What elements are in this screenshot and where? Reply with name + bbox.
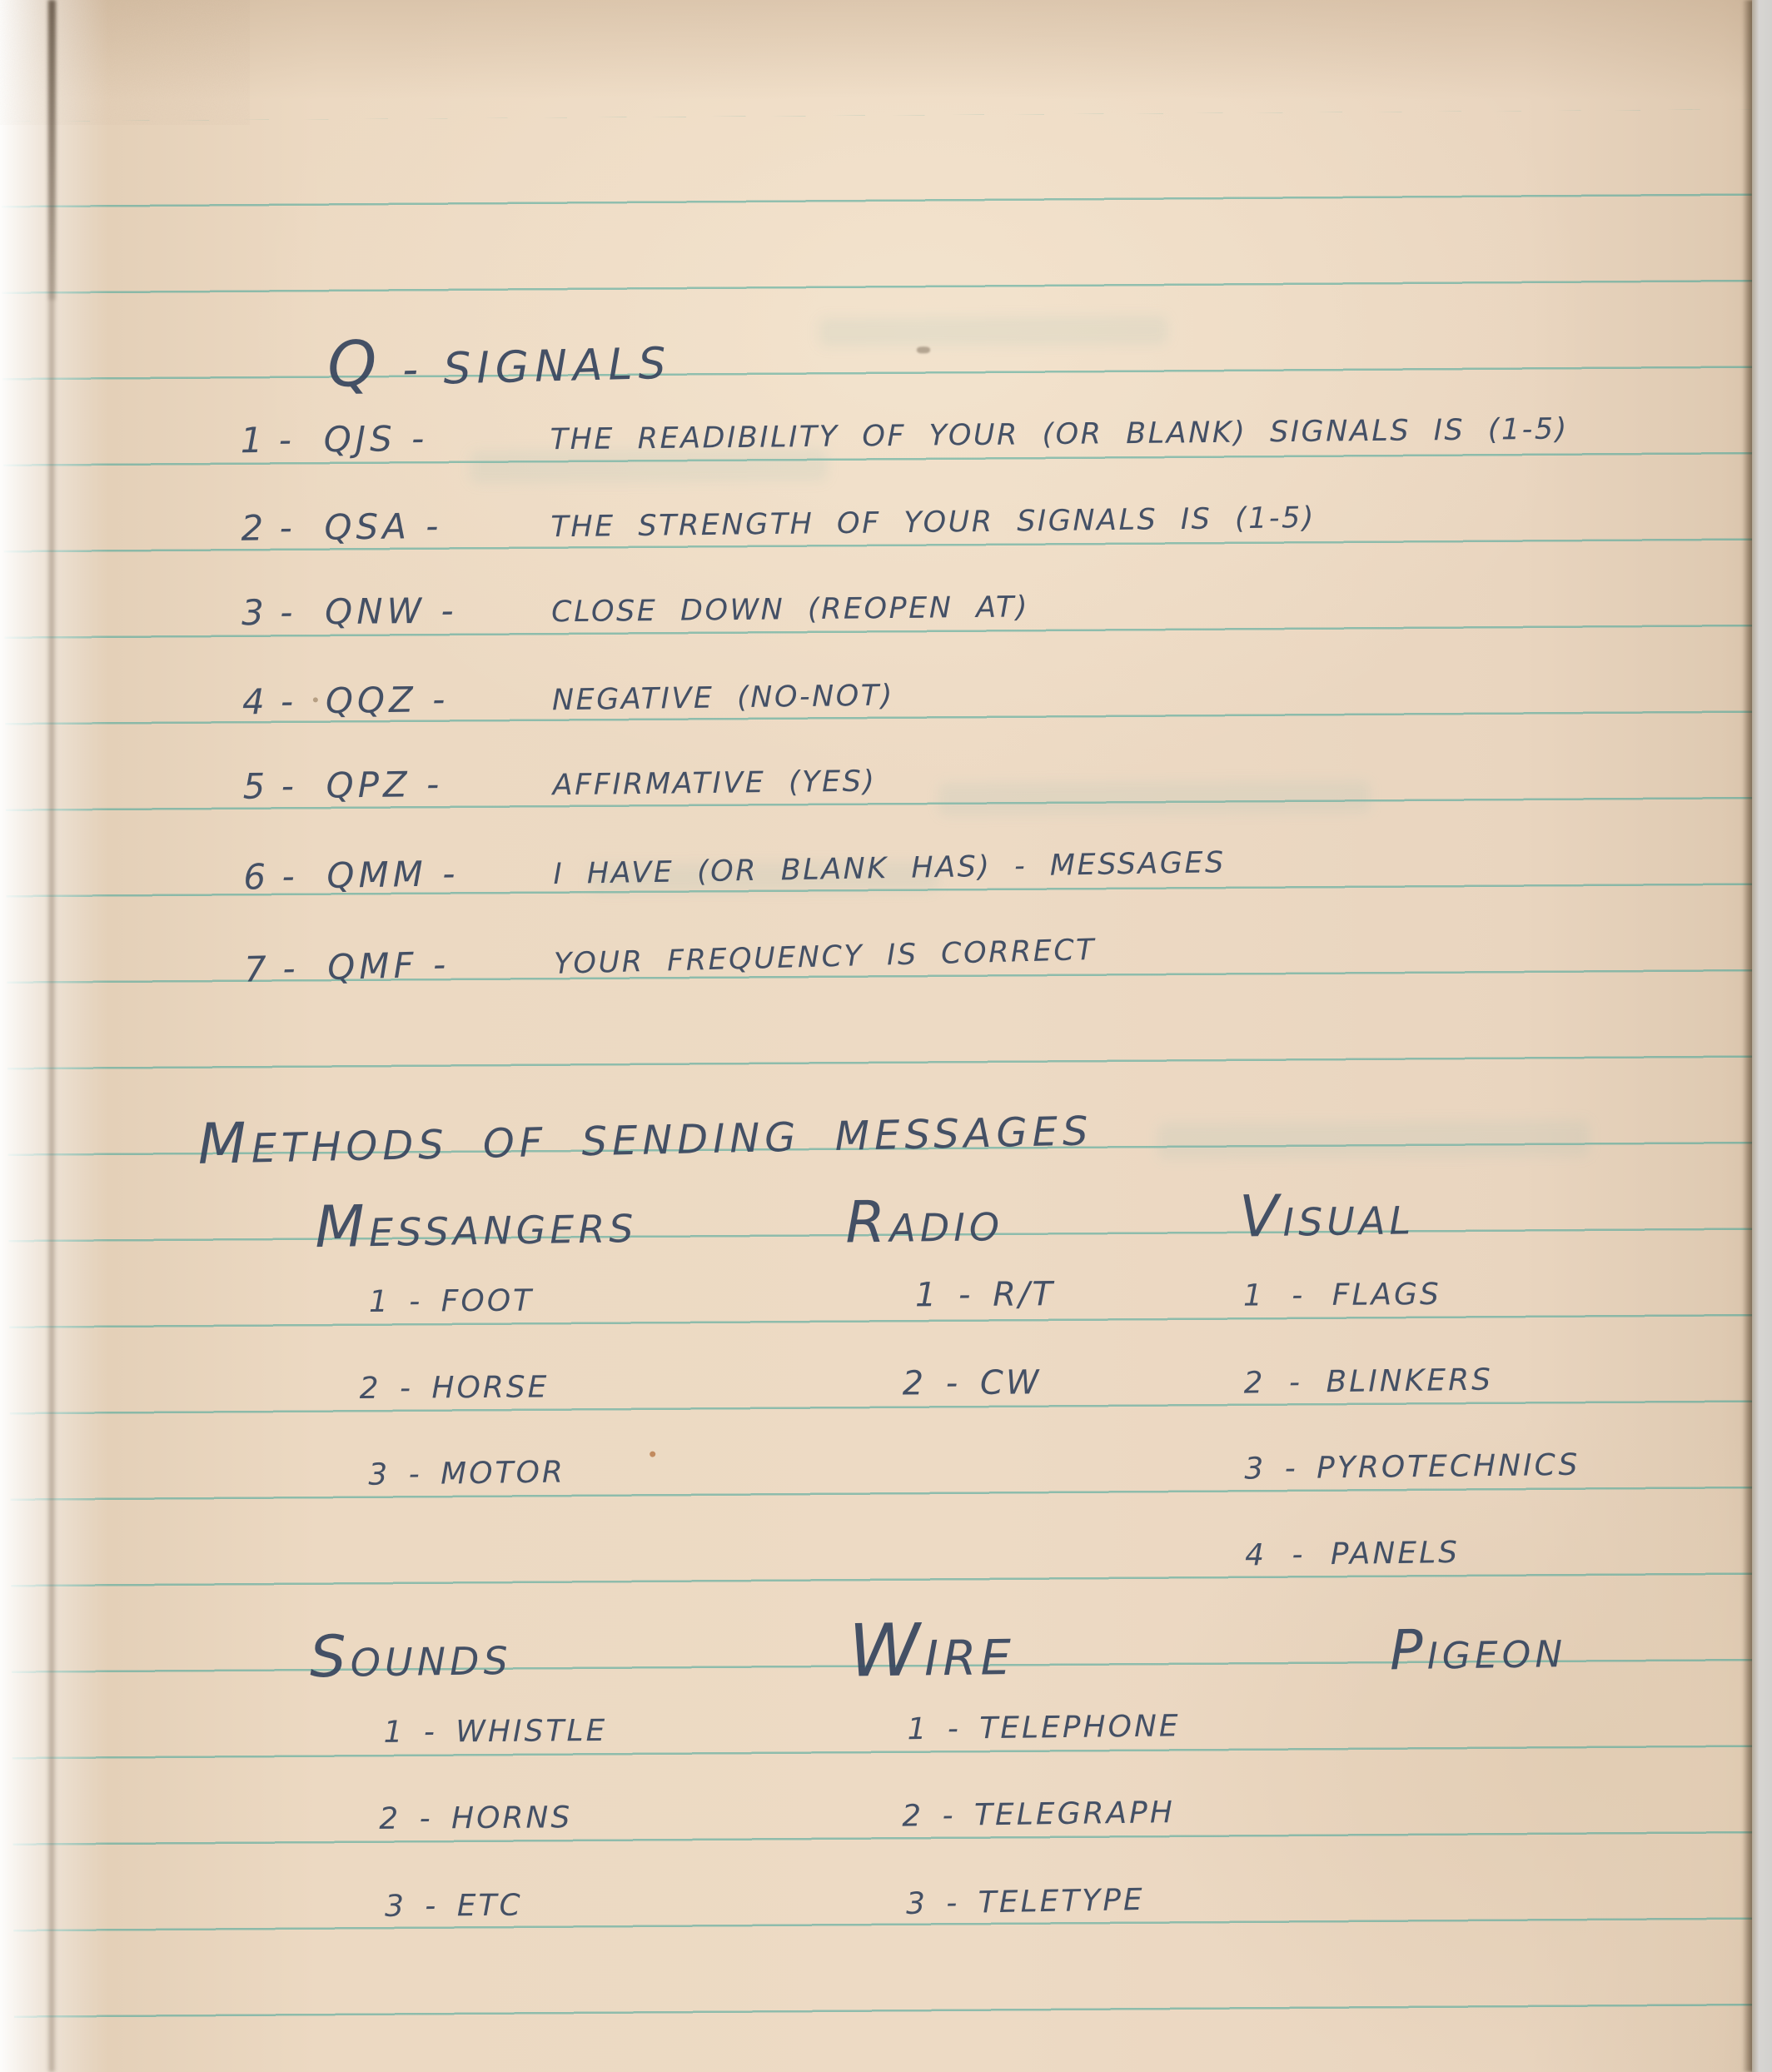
binding-crease-top: [48, 0, 56, 300]
pencil-mark: [917, 346, 930, 353]
column-header-wire: WIRE: [848, 1607, 1015, 1692]
list-item-wire: 3 - TELETYPE: [906, 1883, 1145, 1921]
q-signal-code: QSA -: [324, 505, 551, 548]
list-item-radio: 2 - CW: [902, 1363, 1041, 1402]
column-header-sounds: SOUNDS: [309, 1622, 512, 1691]
q-signal-meaning: NEGATIVE (NO-NOT): [552, 679, 895, 717]
paper-speck: [313, 697, 318, 702]
q-signal-number: 5 -: [242, 766, 326, 808]
list-item-visual: 2 - BLINKERS: [1243, 1362, 1493, 1401]
q-signal-code: QPZ -: [326, 763, 553, 806]
list-item-messengers: 1 - FOOT: [369, 1284, 534, 1320]
q-signal-code: QMF -: [327, 942, 555, 988]
q-signal-number: 1 -: [240, 420, 324, 461]
q-signal-code: QQZ -: [326, 678, 553, 721]
binding-crease: [47, 0, 57, 2072]
page-content: Q - SIGNALS 1 - QJS - THE READIBILITY OF…: [0, 0, 1772, 2072]
q-signal-meaning: CLOSE DOWN (REOPEN AT): [551, 590, 1029, 629]
column-header-pigeon: PIGEON: [1389, 1616, 1566, 1682]
q-signal-number: 3 -: [241, 592, 326, 633]
q-signal-code: QJS -: [323, 417, 550, 460]
list-item-sounds: 2 - HORNS: [379, 1801, 572, 1836]
list-item-sounds: 1 - WHISTLE: [383, 1714, 607, 1750]
list-item-visual: 4 - PANELS: [1245, 1536, 1460, 1573]
column-header-radio: RADIO: [845, 1188, 1004, 1257]
list-item-visual: 1 - FLAGS: [1243, 1278, 1441, 1313]
list-item-messengers: 3 - MOTOR: [368, 1455, 565, 1492]
q-signal-code: QNW -: [325, 590, 551, 632]
q-signal-number: 2 -: [241, 508, 325, 550]
ink-bleed-ghost: [819, 315, 1168, 347]
ink-bleed-ghost: [1157, 1120, 1590, 1160]
column-header-visual: VISUAL: [1239, 1182, 1416, 1251]
q-signal-number: 6 -: [243, 856, 327, 898]
column-header-messengers: MESSANGERS: [315, 1190, 638, 1261]
q-signal-code: QMM -: [326, 852, 554, 896]
list-item-visual: 3 - PYROTECHNICS: [1244, 1448, 1580, 1487]
list-item-messengers: 2 - HORSE: [360, 1370, 550, 1406]
right-page-edge: [1752, 0, 1772, 2072]
list-item-wire: 2 - TELEGRAPH: [902, 1796, 1175, 1834]
page-title: Q - SIGNALS: [326, 321, 672, 401]
ruled-lines: [1, 109, 1765, 2037]
q-signal-number: 7 -: [244, 948, 328, 990]
list-item-radio: 1 - R/T: [915, 1275, 1055, 1314]
q-signal-number: 4 -: [242, 681, 326, 723]
list-item-sounds: 3 - ETC: [385, 1889, 523, 1925]
notebook-page: Q - SIGNALS 1 - QJS - THE READIBILITY OF…: [0, 0, 1772, 2072]
paper-speck: [650, 1452, 655, 1457]
list-item-wire: 1 - TELEPHONE: [907, 1709, 1181, 1746]
q-signal-meaning: AFFIRMATIVE (YES): [552, 765, 876, 803]
